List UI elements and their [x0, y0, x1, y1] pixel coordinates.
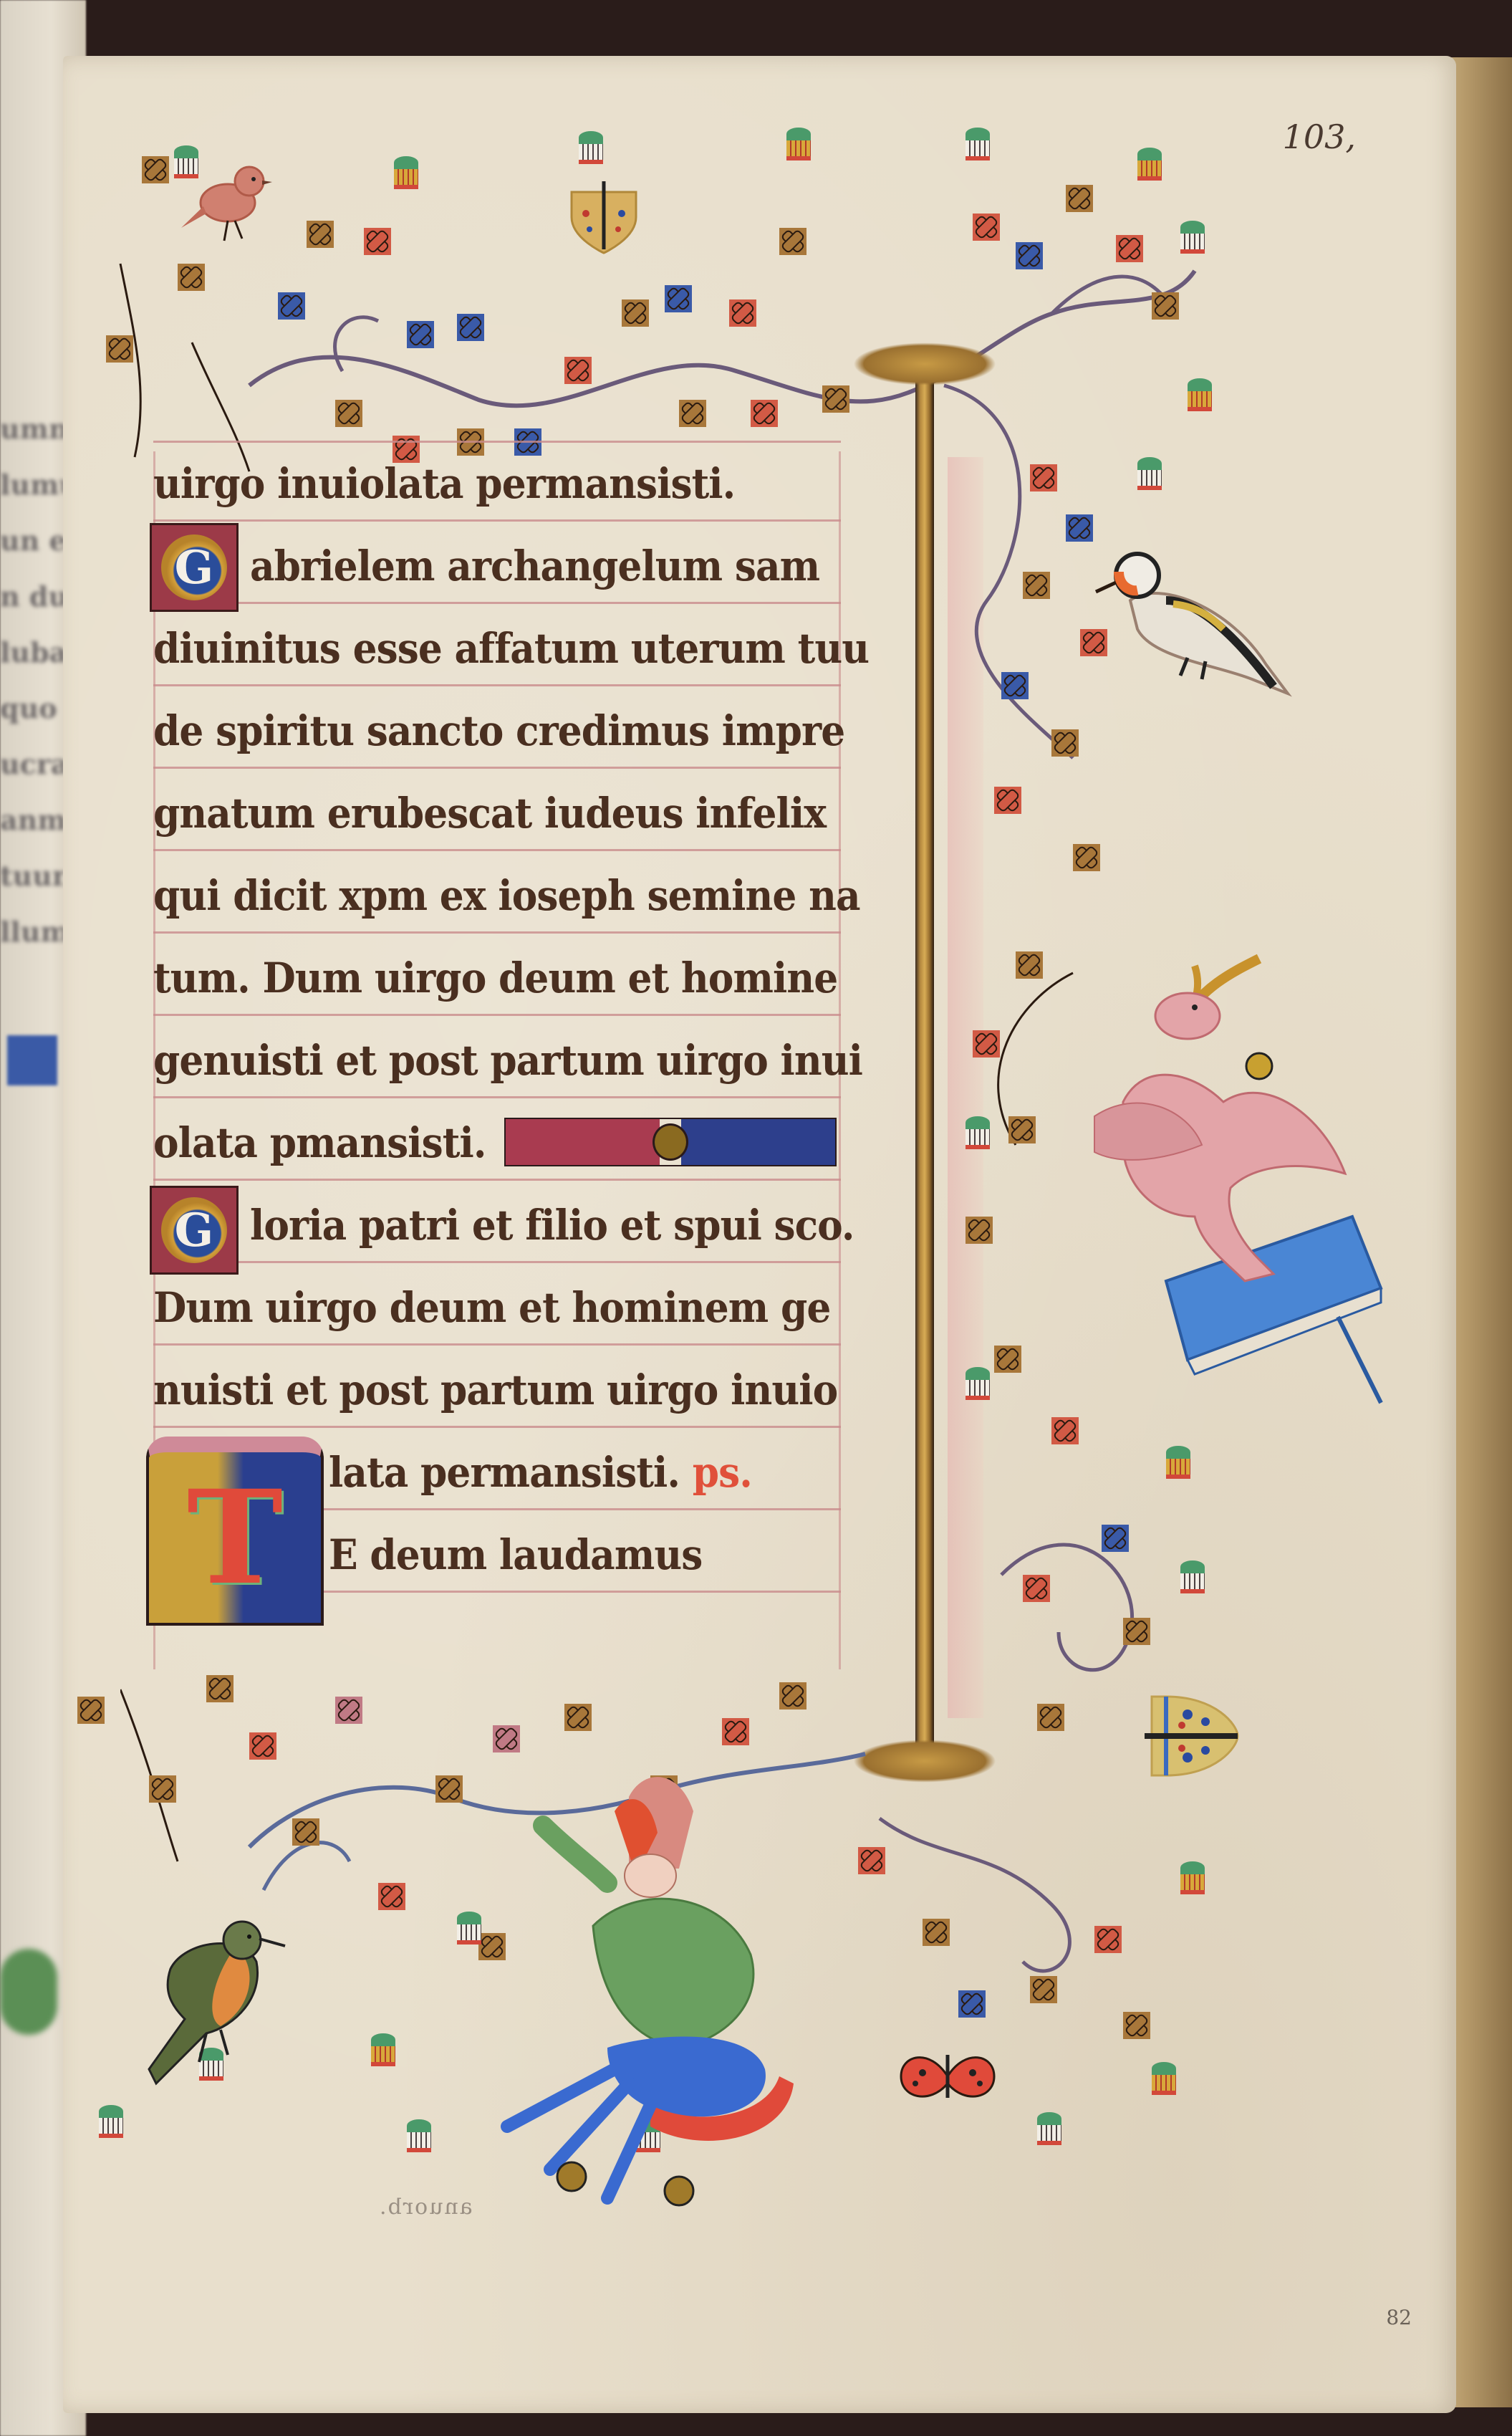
thistle-bud-icon [1152, 2062, 1176, 2091]
thistle-bud-icon [966, 1367, 990, 1396]
ivy-leaf-icon [106, 335, 133, 363]
ivy-leaf-icon [1001, 672, 1029, 699]
ivy-leaf-icon [1023, 1575, 1050, 1602]
thistle-bud-icon [1137, 148, 1162, 176]
text-line-1: uirgo inuiolata permansisti. [153, 444, 735, 523]
thistle-bud-icon [1180, 1560, 1205, 1589]
text-line-7: tum. Dum uirgo deum et homine [153, 939, 837, 1017]
ivy-leaf-icon [77, 1697, 105, 1724]
text-line-13-text: lata permansisti. [329, 1448, 680, 1497]
ivy-leaf-icon [457, 314, 484, 341]
ivy-leaf-icon [751, 400, 778, 427]
text-line-5: gnatum erubescat iudeus infelix [153, 774, 826, 853]
ivy-leaf-icon [665, 285, 692, 312]
ivy-leaf-icon [958, 1990, 986, 2018]
quire-mark: 82 [1386, 2306, 1412, 2329]
ivy-leaf-icon [779, 1682, 806, 1709]
facing-page-green-motif [0, 1949, 57, 2035]
text-line-12: nuisti et post partum uirgo inuio [153, 1351, 837, 1429]
ivy-leaf-icon [1123, 2012, 1150, 2039]
ivy-leaf-icon [307, 221, 334, 248]
ivy-leaf-icon [966, 1217, 993, 1244]
text-line-9: olata pmansisti. [153, 1103, 486, 1182]
manuscript-page: 103, 82 anuorb. [63, 56, 1456, 2413]
illuminated-initial-t: T [146, 1437, 324, 1626]
ivy-leaf-icon [564, 357, 592, 384]
thistle-bud-icon [579, 131, 603, 160]
ivy-leaf-icon [1102, 1525, 1129, 1552]
ivy-leaf-icon [1051, 729, 1079, 757]
ivy-leaf-icon [178, 264, 205, 291]
showthrough-text: anuorb. [378, 2195, 473, 2220]
ivy-leaf-icon [1152, 292, 1179, 320]
text-line-11: Dum uirgo deum et hominem ge [153, 1268, 830, 1347]
ivy-leaf-icon [822, 385, 849, 413]
ivy-leaf-icon [622, 299, 649, 327]
jester-figure [464, 1768, 865, 2227]
ivy-leaf-icon [973, 1030, 1000, 1058]
facing-page-text-blur: ummmlumu pun er mn duunlubar aquo maucra… [0, 401, 64, 960]
ivy-leaf-icon [378, 1883, 405, 1910]
text-line-6: qui dicit xpm ex ioseph semine na [153, 856, 860, 935]
ivy-leaf-icon [407, 321, 434, 348]
ivy-leaf-icon [1030, 1976, 1057, 2003]
ivy-leaf-icon [722, 1718, 749, 1745]
ivy-leaf-icon [335, 400, 362, 427]
ivy-leaf-icon [278, 292, 305, 320]
text-line-4: de spiritu sancto credimus impre [153, 691, 844, 770]
ivy-leaf-icon [435, 1775, 463, 1803]
rubric-psalm-marker: ps. [693, 1448, 752, 1497]
ivy-leaf-icon [1023, 572, 1050, 599]
ivy-leaf-icon [1051, 1417, 1079, 1444]
thistle-bud-icon [371, 2033, 395, 2062]
thistle-bud-icon [394, 156, 418, 185]
ivy-leaf-icon [493, 1725, 520, 1752]
ivy-leaf-icon [1116, 235, 1143, 262]
ruling-line [153, 441, 841, 443]
text-line-8: genuisti et post partum uirgo inui [153, 1021, 862, 1100]
ivy-leaf-icon [142, 156, 169, 183]
text-line-13: lata permansisti. ps. [329, 1433, 752, 1512]
ivy-leaf-icon [994, 787, 1021, 814]
text-line-2: abrielem archangelum sam [250, 527, 819, 605]
shield-moth-icon [564, 178, 643, 256]
ivy-leaf-icon [1008, 1116, 1036, 1143]
thistle-bud-icon [966, 128, 990, 156]
ivy-leaf-icon [923, 1919, 950, 1946]
facing-page-blue-initial [7, 1035, 57, 1085]
butterfly-icon [894, 2041, 1001, 2112]
ivy-leaf-icon [994, 1346, 1021, 1373]
text-line-3: diuinitus esse affatum uterum tuu [153, 609, 869, 688]
illuminated-initial-g-2: G [150, 1186, 239, 1275]
goldfinch-icon [1087, 522, 1302, 737]
ivy-leaf-icon [1016, 951, 1043, 979]
text-block: uirgo inuiolata permansisti. G abrielem … [153, 451, 841, 1669]
thistle-bud-icon [99, 2105, 123, 2134]
winged-hybrid-horn-player [1080, 944, 1424, 1489]
pink-bird-icon [178, 156, 278, 249]
ivy-leaf-icon [729, 299, 756, 327]
initial-letter: G [161, 534, 227, 600]
ivy-leaf-icon [1123, 1618, 1150, 1645]
thistle-bud-icon [966, 1116, 990, 1145]
ivy-leaf-icon [1066, 185, 1093, 212]
thistle-bud-icon [786, 128, 811, 156]
folio-number: 103, [1283, 118, 1356, 156]
ivy-leaf-icon [335, 1697, 362, 1724]
ivy-leaf-icon [292, 1818, 319, 1846]
ivy-leaf-icon [1030, 464, 1057, 491]
text-line-14: E deum laudamus [329, 1515, 702, 1594]
illuminated-initial-g: G [150, 523, 239, 612]
ivy-leaf-icon [1016, 242, 1043, 269]
line-filler-ornament [504, 1118, 837, 1166]
initial-letter: T [187, 1462, 283, 1613]
initial-letter: G [161, 1197, 227, 1263]
thistle-bud-icon [1037, 2112, 1061, 2141]
ivy-leaf-icon [1073, 844, 1100, 871]
ivy-leaf-icon [779, 228, 806, 255]
ivy-leaf-icon [206, 1675, 233, 1702]
ivy-leaf-icon [564, 1704, 592, 1731]
ivy-leaf-icon [149, 1775, 176, 1803]
ivy-leaf-icon [973, 214, 1000, 241]
robin-icon [127, 1883, 299, 2112]
ivy-leaf-icon [1094, 1926, 1122, 1953]
thistle-bud-icon [1180, 221, 1205, 249]
thistle-bud-icon [407, 2119, 431, 2148]
ivy-leaf-icon [249, 1732, 276, 1760]
text-line-10: loria patri et filio et spui sco. [250, 1186, 854, 1265]
ivy-leaf-icon [679, 400, 706, 427]
ivy-leaf-icon [364, 228, 391, 255]
